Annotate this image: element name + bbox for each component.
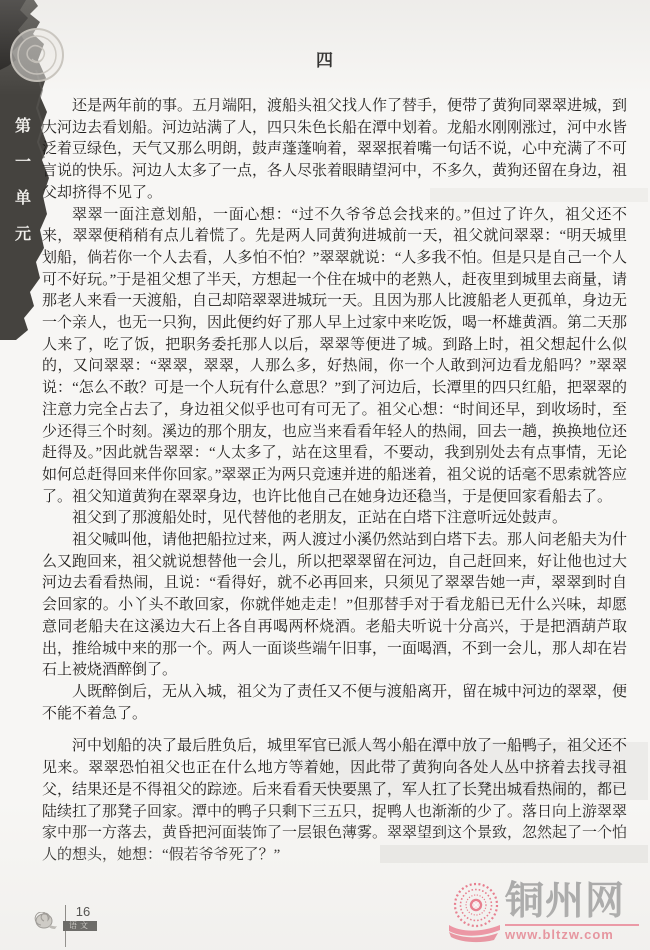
body-text: 还是两年前的事。五月端阳，渡船头祖父找人作了替手，便带了黄狗同翠翠进城，到大河边… xyxy=(42,96,627,867)
watermark: 铜州网 www.bltzw.com xyxy=(448,880,648,946)
unit-char: 一 xyxy=(15,149,31,172)
paragraph: 祖父到了那渡船处时，见代替他的老朋友，正站在白塔下注意听远处鼓声。 xyxy=(42,508,627,530)
watermark-site-url: www.bltzw.com xyxy=(505,924,639,942)
paragraph: 祖父喊叫他，请他把船拉过来，两人渡过小溪仍然站到白塔下去。那人问老船夫为什么又跑… xyxy=(42,530,627,682)
unit-char: 单 xyxy=(15,185,31,208)
paragraph: 还是两年前的事。五月端阳，渡船头祖父找人作了替手，便带了黄狗同翠翠进城，到大河边… xyxy=(42,96,627,205)
unit-char: 第 xyxy=(15,113,31,136)
sidebar-unit-label: 第 一 单 元 xyxy=(9,113,37,257)
page-number: 16 xyxy=(68,904,98,919)
unit-char: 元 xyxy=(15,221,31,244)
watermark-site-name: 铜州网 xyxy=(505,882,647,922)
snail-icon xyxy=(34,912,58,930)
subject-badge: 语文 xyxy=(63,921,97,931)
book-page: 第 一 单 元 四 还是两年前的事。五月端阳，渡船头祖父找人作了替手，便带了黄狗… xyxy=(0,0,650,950)
paragraph: 河中划船的决了最后胜负后，城里军官已派人驾小船在潭中放了一船鸭子，祖父还不见来。… xyxy=(42,736,627,866)
chapter-heading: 四 xyxy=(0,46,650,71)
watermark-logo-icon xyxy=(448,882,502,944)
paragraph: 人既醉倒后，无从入城，祖父为了责任又不便与渡船离开，留在城中河边的翠翠，便不能不… xyxy=(42,682,627,725)
paragraph: 翠翠一面注意划船，一面心想：“过不久爷爷总会找来的。”但过了许久，祖父还不来，翠… xyxy=(42,205,627,509)
